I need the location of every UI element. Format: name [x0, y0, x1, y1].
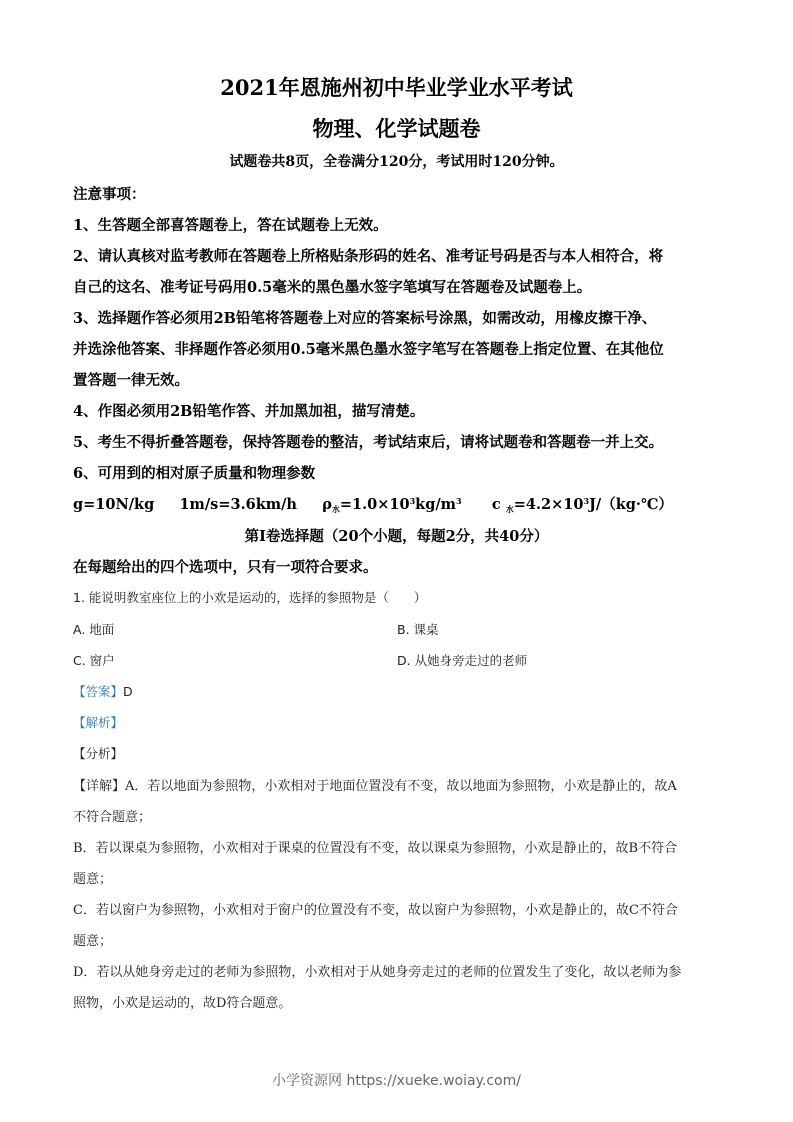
- answer-value: D: [123, 684, 133, 699]
- note-item: 置答题一律无效。: [73, 369, 189, 390]
- option-a: A. 地面: [73, 620, 114, 638]
- note-item: 2、请认真核对监考教师在答题卷上所格贴条形码的姓名、准考证号码是否与本人相符合，…: [73, 245, 663, 266]
- constant-speed: 1m/s=3.6km/h: [179, 496, 297, 513]
- notes-heading: 注意事项：: [73, 183, 146, 204]
- note-item: 3、选择题作答必须用2B铅笔将答题卷上对应的答案标号涂黑，如需改动，用橡皮擦干净…: [73, 307, 656, 328]
- section-title: 第I卷选择题（20个小题，每题2分，共40分）: [0, 525, 793, 546]
- exam-subtitle: 物理、化学试题卷: [0, 113, 793, 143]
- detail-line: 题意；: [73, 868, 112, 887]
- detail-line: 【详解】A．若以地面为参照物，小欢相对于地面位置没有不变，故以地面为参照物，小欢…: [73, 775, 677, 794]
- section-instruction: 在每题给出的四个选项中，只有一项符合要求。: [73, 556, 378, 577]
- exam-info: 试题卷共8页，全卷满分120分，考试用时120分钟。: [0, 151, 793, 171]
- option-c: C. 窗户: [73, 651, 115, 669]
- note-item: 并选涂他答案、非择题作答必须用0.5毫米黑色墨水签字笔写在答题卷上指定位置、在其…: [73, 338, 664, 359]
- detail-line: C．若以窗户为参照物，小欢相对于窗户的位置没有不变，故以窗户为参照物，小欢是静止…: [73, 899, 678, 918]
- answer-label: 【答案】: [73, 684, 123, 699]
- physical-constants: g=10N/kg 1m/s=3.6km/h ρ水=1.0×103kg/m3 c …: [73, 493, 673, 515]
- option-b: B. 课桌: [397, 620, 439, 638]
- detail-line: D．若以从她身旁走过的老师为参照物，小欢相对于从她身旁走过的老师的位置发生了变化…: [73, 961, 681, 980]
- constant-g: g=10N/kg: [73, 496, 154, 513]
- detail-line: 题意；: [73, 930, 112, 949]
- detail-line: 照物，小欢是运动的，故D符合题意。: [73, 992, 291, 1011]
- note-item: 1、生答题全部喜答题卷上，答在试题卷上无效。: [73, 214, 388, 235]
- exam-title: 2021年恩施州初中毕业学业水平考试: [0, 72, 793, 102]
- constant-specific-heat: c 水=4.2×103J/（kg·℃）: [492, 496, 673, 513]
- constant-density: ρ水=1.0×103kg/m3: [322, 496, 461, 513]
- note-item: 5、考生不得折叠答题卷，保持答题卷的整洁，考试结束后，请将试题卷和答题卷一并上交…: [73, 431, 663, 452]
- note-item: 4、作图必须用2B铅笔作答、并加黑加祖，描写清楚。: [73, 400, 424, 421]
- analysis-label: 【解析】: [73, 713, 123, 731]
- footer-watermark: 小学资源网 https://xueke.woiay.com/: [0, 1070, 793, 1090]
- exam-page: 2021年恩施州初中毕业学业水平考试 物理、化学试题卷 试题卷共8页，全卷满分1…: [0, 0, 793, 1122]
- question-stem: 1. 能说明教室座位上的小欢是运动的，选择的参照物是（ ）: [73, 588, 426, 606]
- note-item: 6、可用到的相对原子质量和物理参数: [73, 462, 315, 483]
- detail-line: 不符合题意；: [73, 806, 151, 825]
- fenxi-label: 【分析】: [73, 744, 123, 762]
- answer-line: 【答案】D: [73, 682, 133, 700]
- detail-line: B．若以课桌为参照物，小欢相对于课桌的位置没有不变，故以课桌为参照物，小欢是静止…: [73, 837, 677, 856]
- option-d: D. 从她身旁走过的老师: [397, 651, 527, 669]
- note-item: 自己的这名、准考证号码用0.5毫米的黑色墨水签字笔填写在答题卷及试题卷上。: [73, 276, 591, 297]
